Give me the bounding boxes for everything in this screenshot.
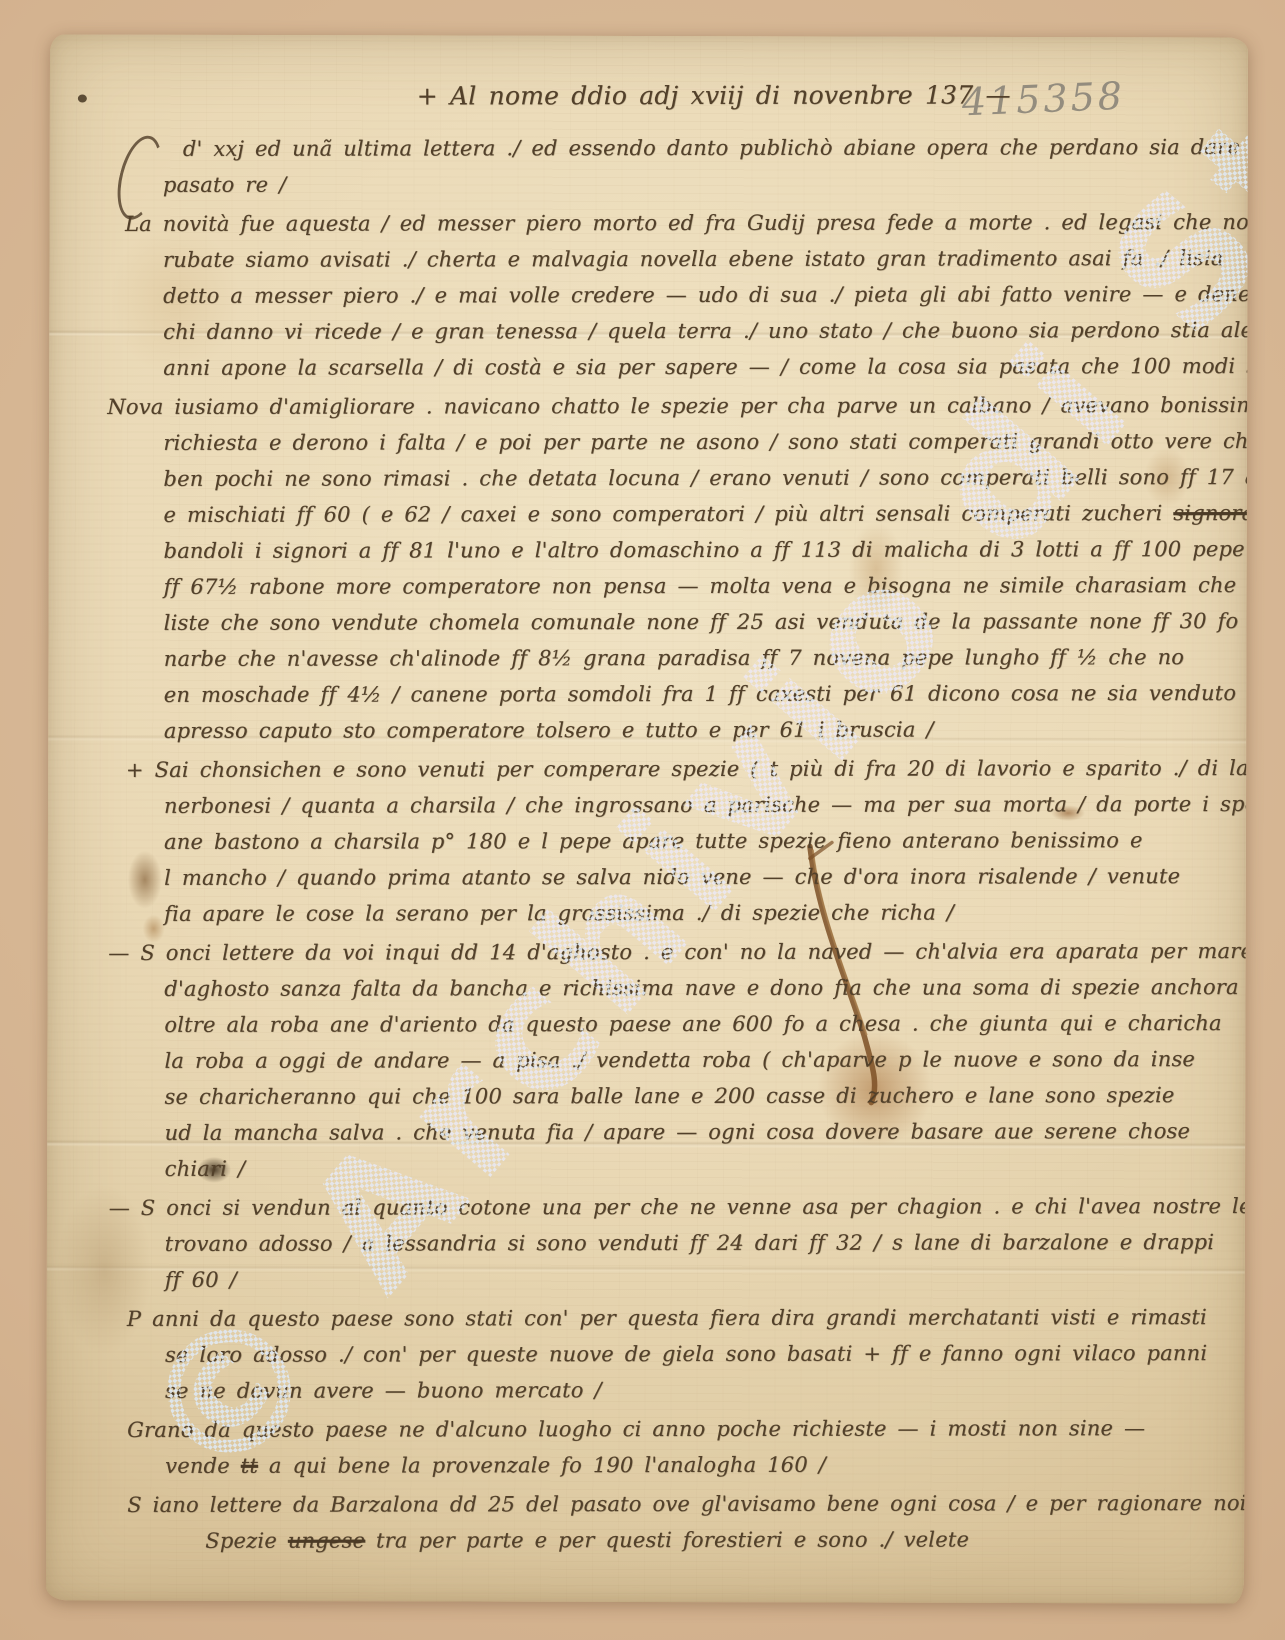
manuscript-line: e mischiati ff 60 ( e 62 / caxei e sono … [125,495,1197,533]
manuscript-line: ben pochi ne sono rimasi . che detata lo… [125,459,1197,497]
manuscript-line: l mancho / quando prima atanto se salva … [126,858,1198,896]
manuscript-line: fia apare le cose la serano per la gross… [126,894,1198,932]
manuscript-line: trovano adosso / a lessandria si sono ve… [127,1224,1199,1262]
manuscript-line: — S onci lettere da voi inqui dd 14 d'ag… [108,933,1198,971]
manuscript-line: apresso caputo sto comperatore tolsero e… [126,711,1198,749]
manuscript-line: ff 60 / [127,1260,1199,1298]
manuscript-line: ane bastono a charsila p° 180 e l pepe a… [126,822,1198,860]
manuscript-line: ff 67½ rabone more comperatore non pensa… [126,567,1198,605]
manuscript-line: anni apone la scarsella / di costà e sia… [125,348,1197,386]
manuscript-line: vende tt a qui bene la provenzale fo 190… [127,1446,1199,1484]
manuscript-line: en moschade ff 4½ / canene porta somdoli… [126,675,1198,713]
manuscript-line: rubate siamo avisati ./ cherta e malvagi… [125,240,1197,278]
manuscript-line: oltre ala roba ane d'ariento da questo p… [126,1005,1198,1043]
manuscript-line: se charicheranno qui che 100 sara balle … [126,1077,1198,1115]
manuscript-line: bandoli i signori a ff 81 l'uno e l'altr… [126,531,1198,569]
manuscript-line: d' xxj ed unã ultima lettera ./ ed essen… [125,129,1197,167]
manuscript-line: chiari / [127,1149,1199,1187]
manuscript-line: la roba a oggi de andare — a pisa ./ ven… [126,1041,1198,1079]
manuscript-line: pasato re / [125,165,1197,203]
manuscript-line: liste che sono vendute chomela comunale … [126,603,1198,641]
manuscript-line: nerbonesi / quanta a charsila / che ingr… [126,786,1198,824]
manuscript-line: Spezie ungese tra per parte e per questi… [127,1521,1199,1559]
manuscript-line: narbe che n'avesse ch'alinode ff 8½ gran… [126,639,1198,677]
manuscript-line: S iano lettere da Barzalona dd 25 del pa… [127,1485,1199,1523]
ink-speck [78,95,87,103]
manuscript-text: + Al nome ddio adj xviij di novenbre 137… [125,77,1200,1559]
manuscript-line: se loro adosso ./ con' per queste nuove … [127,1335,1199,1373]
manuscript-line: se ne dovun avere — buono mercato / [127,1371,1199,1409]
header-line: + Al nome ddio adj xviij di novenbre 137… [125,77,1197,115]
manuscript-line: detto a messer piero ./ e mai volle cred… [125,276,1197,314]
manuscript-line: La novità fue aquesta / ed messer piero … [125,204,1197,242]
manuscript-line: Grano da questo paese ne d'alcuno luogho… [127,1410,1199,1448]
manuscript-paper: 415358 + Al nome ddio adj xviij di noven… [46,34,1248,1603]
manuscript-line: ud la mancha salva . che venuta fia / ap… [127,1113,1199,1151]
photo-background: 415358 + Al nome ddio adj xviij di noven… [0,0,1285,1640]
manuscript-lines: d' xxj ed unã ultima lettera ./ ed essen… [125,129,1199,1559]
manuscript-line: — S onci si vendun al quanto cotone una … [109,1188,1199,1226]
manuscript-line: Nova iusiamo d'amigliorare . navicano ch… [107,387,1197,425]
manuscript-line: chi danno vi ricede / e gran tenessa / q… [125,312,1197,350]
manuscript-line: P anni da questo paese sono stati con' p… [127,1299,1199,1337]
manuscript-line: richiesta e derono i falta / e poi per p… [125,423,1197,461]
manuscript-line: d'aghosto sanza falta da bancha e richis… [126,969,1198,1007]
manuscript-line: + Sai chonsichen e sono venuti per compe… [126,750,1198,788]
